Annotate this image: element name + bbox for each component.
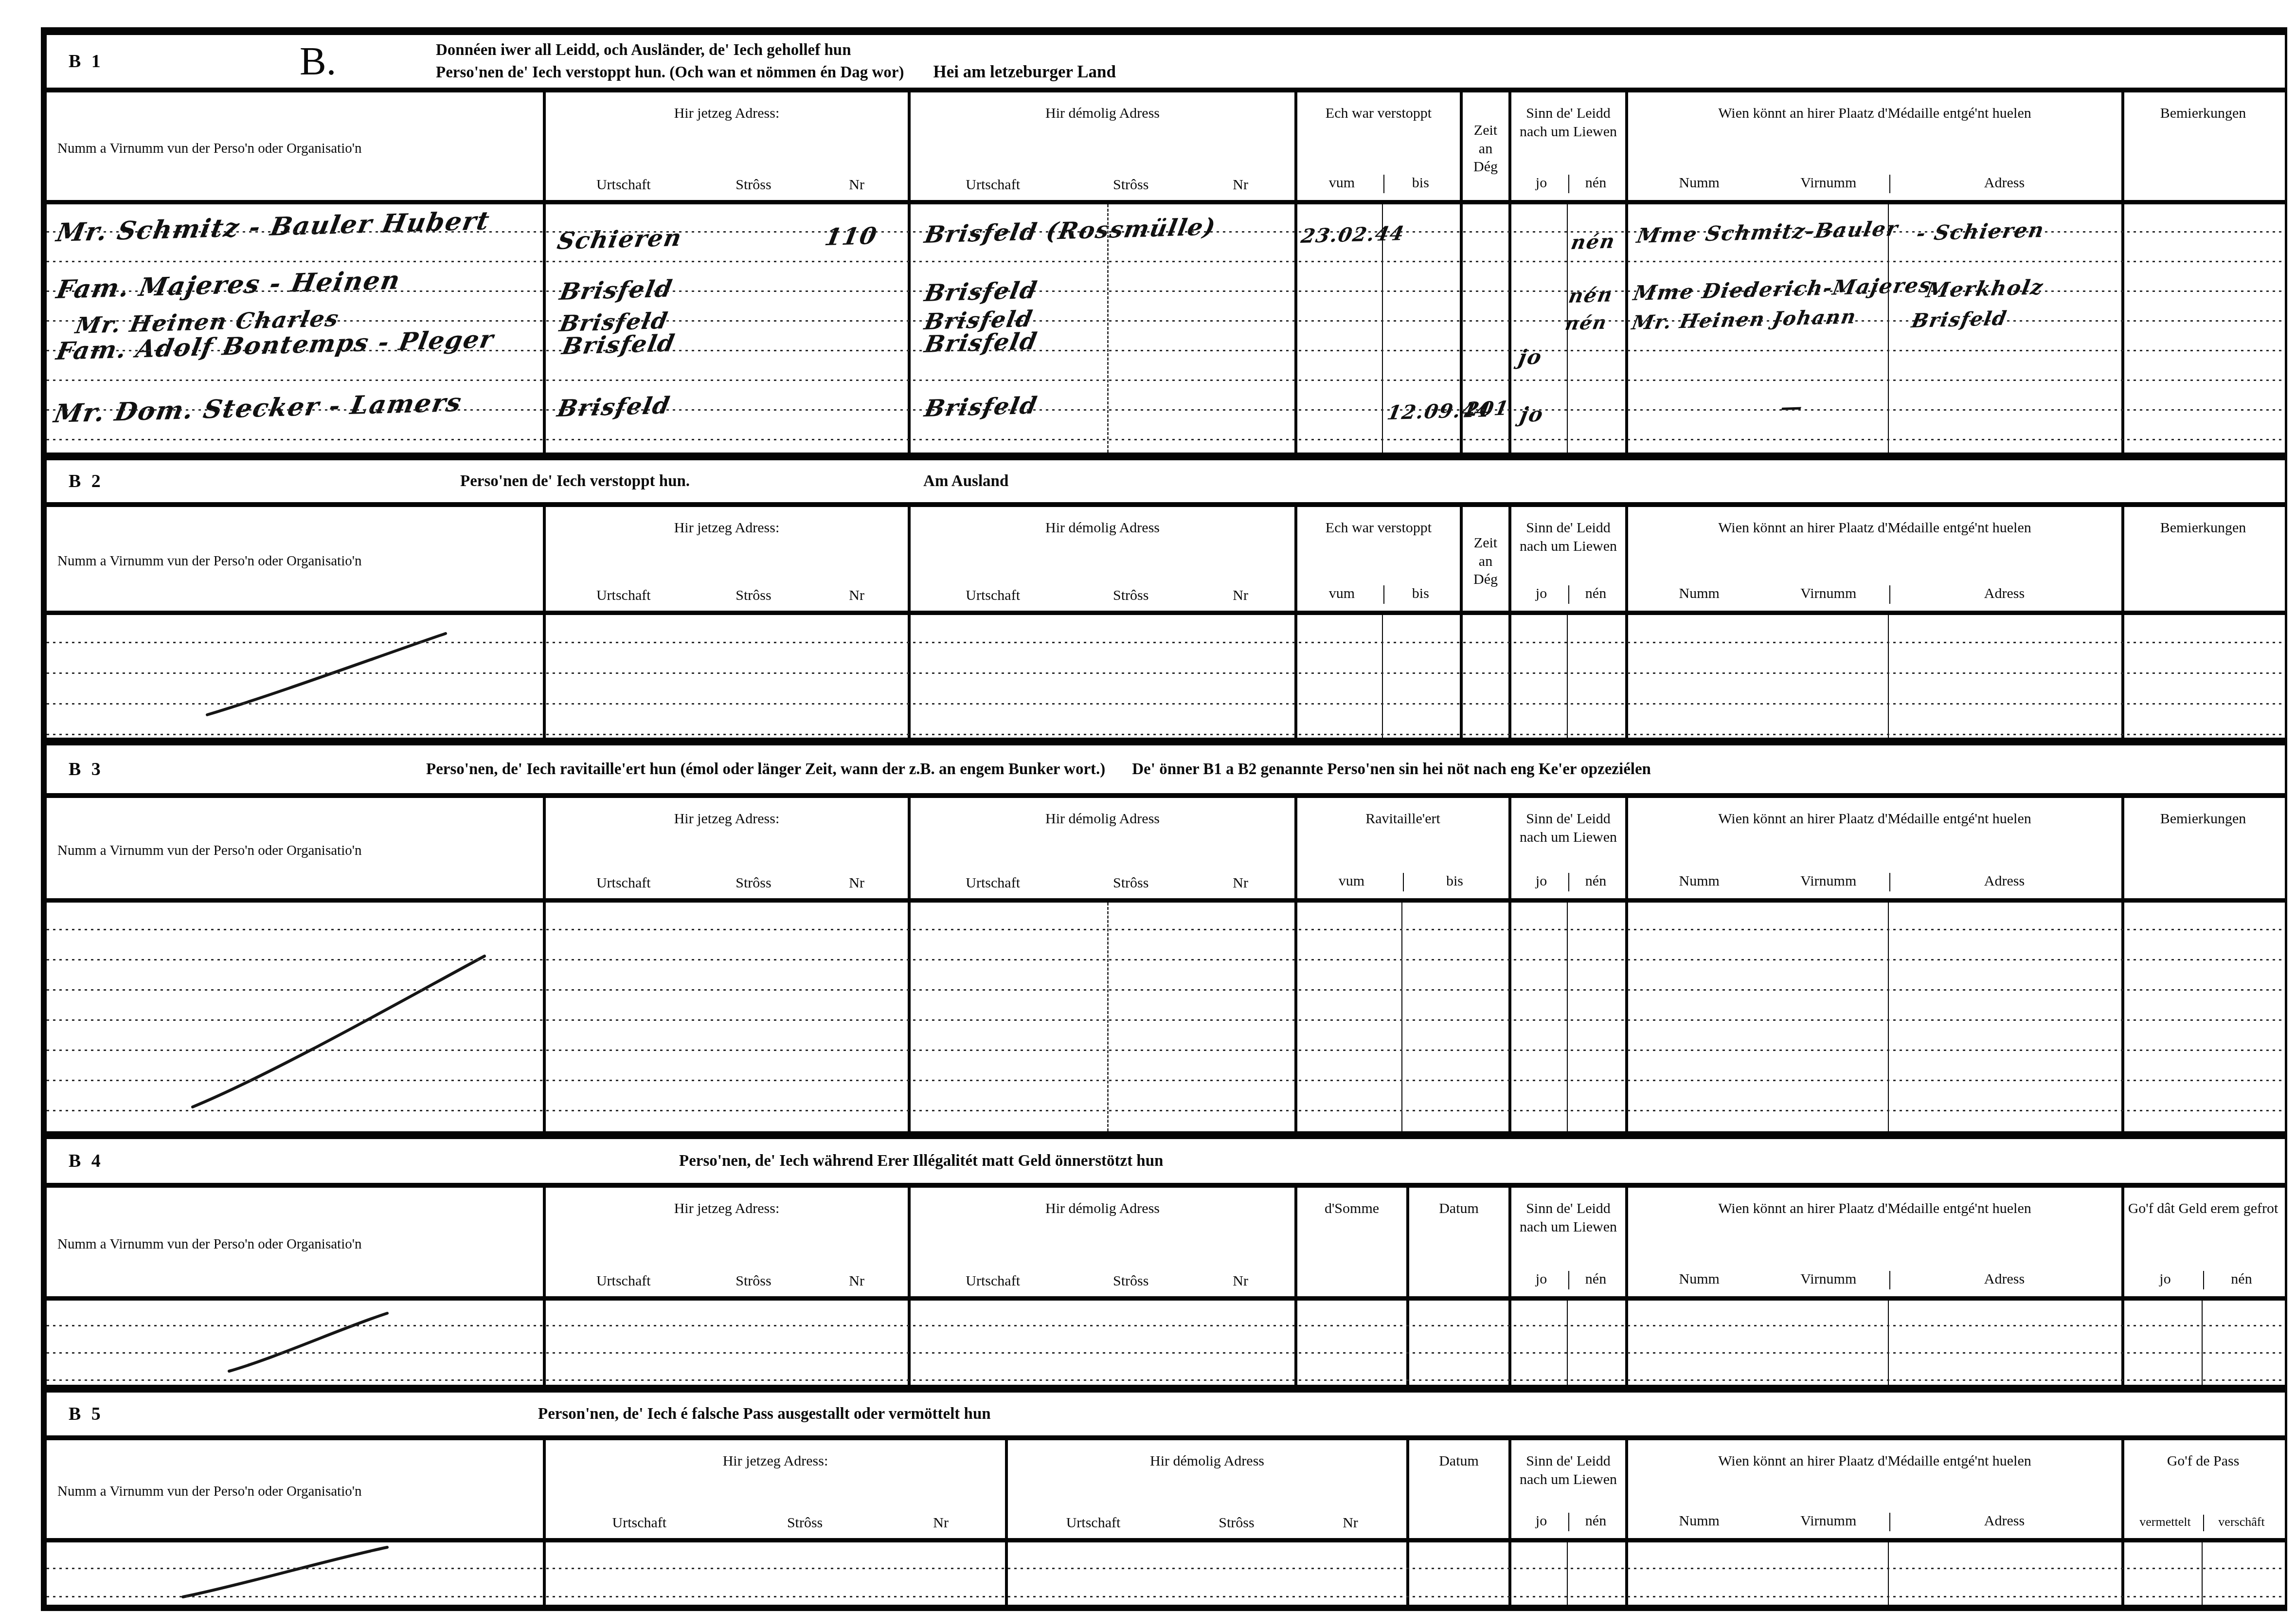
demolig-label: Hir démolig Adress <box>1011 1452 1403 1470</box>
column-rule <box>1294 615 1297 738</box>
demolig-label: Hir démolig Adress <box>914 1199 1291 1218</box>
column-rule <box>543 1301 546 1385</box>
column-rule <box>2121 903 2124 1131</box>
zeit-label: Zeit an Dég <box>1466 534 1506 589</box>
dotted-writing-line <box>47 1352 2285 1354</box>
vum-label: vum <box>1300 585 1383 604</box>
numm-label: Numm <box>1631 175 1768 193</box>
section-letter-b: B. <box>300 43 436 79</box>
section-b4-id: B 4 <box>47 1150 300 1172</box>
handwritten-entry: 23.02.44 <box>1299 222 1407 248</box>
strike-mark <box>47 615 2285 738</box>
name-col-label: Numm a Virnumm vun der Perso'n oder Orga… <box>57 1236 540 1252</box>
jo-label: jo <box>1514 1271 1568 1289</box>
nr-label: Nr <box>808 177 905 193</box>
section-b2-subtitle: Am Ausland <box>923 472 1008 490</box>
b3-column-headers: Numm a Virnumm vun der Perso'n oder Orga… <box>47 798 2285 903</box>
column-rule <box>1567 903 1568 1131</box>
jetzeg-label: Hir jetzeg Adress: <box>549 104 905 123</box>
column-rule <box>543 615 546 738</box>
verstoppt-label: Ech war verstoppt <box>1300 519 1457 537</box>
column-rule <box>2121 615 2124 738</box>
adress-label: Adress <box>1889 1271 2118 1289</box>
b3-col-bemierkungen-header: Bemierkungen <box>2121 798 2282 898</box>
bemierkungen-label: Bemierkungen <box>2127 519 2279 537</box>
jo-label: jo <box>1514 873 1568 891</box>
ravitailleert-label: Ravitaille'ert <box>1300 810 1506 828</box>
adress-label: Adress <box>1889 873 2118 891</box>
jo-label: jo <box>1514 175 1568 193</box>
column-rule <box>1625 615 1628 738</box>
urtschaft-label: Urtschaft <box>549 1515 730 1531</box>
handwritten-entry: jo <box>1517 345 1544 369</box>
b4-col-wien-header: Wien könnt an hirer Plaatz d'Médaille en… <box>1625 1188 2121 1296</box>
column-rule <box>908 615 911 738</box>
nr-label: Nr <box>808 875 905 891</box>
jo-label: jo <box>1514 585 1568 604</box>
form-sheet: B 1 B. Donnéen iwer all Leidd, och Auslä… <box>41 27 2287 1611</box>
urtschaft-label: Urtschaft <box>914 177 1072 193</box>
column-rule <box>1567 204 1568 453</box>
dotted-writing-line <box>47 989 2285 991</box>
b1-col-wien-header: Wien könnt an hirer Plaatz d'Médaille en… <box>1625 92 2121 200</box>
dsomme-label: d'Somme <box>1300 1199 1403 1218</box>
b4-col-datum-header: Datum <box>1406 1188 1508 1296</box>
b2-col-zeit-header: Zeit an Dég <box>1460 507 1508 611</box>
sinn-label: Sinn de' Leidd nach um Liewen <box>1514 1452 1622 1488</box>
wien-label: Wien könnt an hirer Plaatz d'Médaille en… <box>1631 1452 2118 1470</box>
jetzeg-label: Hir jetzeg Adress: <box>549 1452 1002 1470</box>
b4-body <box>47 1301 2285 1385</box>
column-rule <box>1401 903 1402 1131</box>
section-b3-id: B 3 <box>47 759 300 780</box>
b4-col-demolig-header: Hir démolig Adress UrtschaftStrôssNr <box>908 1188 1294 1296</box>
b5-col-datum-header: Datum <box>1406 1440 1508 1538</box>
b1-col-zeit-header: Zeit an Dég <box>1460 92 1508 200</box>
urtschaft-label: Urtschaft <box>549 587 698 604</box>
nr-label: Nr <box>1189 177 1291 193</box>
b2-col-jetzeg-header: Hir jetzeg Adress: UrtschaftStrôssNr <box>543 507 908 611</box>
dotted-writing-line <box>47 1019 2285 1021</box>
b2-col-demolig-header: Hir démolig Adress UrtschaftStrôssNr <box>908 507 1294 611</box>
demolig-label: Hir démolig Adress <box>914 104 1291 123</box>
column-rule <box>1625 1542 1628 1605</box>
b5-body <box>47 1542 2285 1611</box>
strike-mark <box>47 903 2285 1131</box>
section-b2-id: B 2 <box>47 471 300 492</box>
b2-col-sinn-header: Sinn de' Leidd nach um Liewen jonén <box>1508 507 1625 611</box>
column-rule <box>1625 204 1628 453</box>
handwritten-entry: Fam. Majeres - Heinen <box>54 265 403 305</box>
column-rule <box>1888 204 1889 453</box>
adress-label: Adress <box>1889 175 2118 193</box>
nen-label: nén <box>1568 1513 1622 1531</box>
b4-col-jetzeg-header: Hir jetzeg Adress: UrtschaftStrôssNr <box>543 1188 908 1296</box>
b3-col-sinn-header: Sinn de' Leidd nach um Liewen jonén <box>1508 798 1625 898</box>
column-rule <box>1567 615 1568 738</box>
b5-col-sinn-header: Sinn de' Leidd nach um Liewen jonén <box>1508 1440 1625 1538</box>
numm-label: Numm <box>1631 1271 1768 1289</box>
wien-label: Wien könnt an hirer Plaatz d'Médaille en… <box>1631 104 2118 123</box>
column-rule <box>1567 1542 1568 1605</box>
b1-col-demolig-header: Hir démolig Adress UrtschaftStrôssNr <box>908 92 1294 200</box>
nr-label: Nr <box>1189 587 1291 604</box>
zeit-label: Zeit an Dég <box>1466 121 1506 176</box>
jetzeg-label: Hir jetzeg Adress: <box>549 810 905 828</box>
b2-col-verstoppt-header: Ech war verstoppt vumbis <box>1294 507 1460 611</box>
dotted-writing-line <box>47 734 2285 735</box>
vum-label: vum <box>1300 873 1403 891</box>
column-rule <box>1382 204 1383 453</box>
handwritten-entry: 110 <box>823 222 879 251</box>
stross-label: Strôss <box>1072 875 1189 891</box>
column-rule <box>1508 615 1511 738</box>
bis-label: bis <box>1403 873 1506 891</box>
strike-mark <box>47 1542 2285 1605</box>
section-b1-title-bold: Hei am letzeburger Land <box>933 62 1116 82</box>
section-b1-id: B 1 <box>47 51 300 72</box>
nen-label: nén <box>2203 1271 2279 1289</box>
nen-label: nén <box>1568 1271 1622 1289</box>
column-rule <box>1294 903 1297 1131</box>
column-rule <box>2202 1301 2203 1385</box>
handwritten-entry: Mr. Schmitz - Bauler Hubert <box>54 206 492 248</box>
numm-label: Numm <box>1631 873 1768 891</box>
dotted-writing-line <box>47 1379 2285 1381</box>
handwritten-entry: jo <box>1518 402 1546 427</box>
dotted-writing-line <box>47 320 2285 322</box>
virnumm-label: Virnumm <box>1768 873 1890 891</box>
vermettelt-label: vermettelt <box>2127 1515 2203 1531</box>
urtschaft-label: Urtschaft <box>914 1273 1072 1289</box>
dotted-writing-line <box>47 1110 2285 1111</box>
urtschaft-label: Urtschaft <box>549 1273 698 1289</box>
b3-col-name-header: Numm a Virnumm vun der Perso'n oder Orga… <box>47 798 543 898</box>
section-b1-title-line1: Donnéen iwer all Leidd, och Ausländer, d… <box>436 41 1116 59</box>
jo-label: jo <box>2127 1271 2203 1289</box>
b1-body: Mr. Schmitz - Bauler Hubert Schieren 110… <box>47 204 2285 453</box>
dotted-writing-line <box>47 380 2285 381</box>
section-b4-title: Perso'nen, de' Iech während Erer Illégal… <box>679 1152 1163 1170</box>
handwritten-entry: Brisfeld <box>922 328 1040 358</box>
column-rule <box>543 1542 546 1605</box>
b5-col-name-header: Numm a Virnumm vun der Perso'n oder Orga… <box>47 1440 543 1538</box>
b2-col-bemierkungen-header: Bemierkungen <box>2121 507 2282 611</box>
section-b2-title: Perso'nen de' Iech verstoppt hun. <box>460 472 690 490</box>
b4-col-name-header: Numm a Virnumm vun der Perso'n oder Orga… <box>47 1188 543 1296</box>
wien-label: Wien könnt an hirer Plaatz d'Médaille en… <box>1631 1199 2118 1218</box>
b3-col-ravitailleert-header: Ravitaille'ert vumbis <box>1294 798 1508 898</box>
name-col-label: Numm a Virnumm vun der Perso'n oder Orga… <box>57 141 540 157</box>
jo-label: jo <box>1514 1513 1568 1531</box>
section-b3-subtitle: De' önner B1 a B2 genannte Perso'nen sin… <box>1132 761 1651 779</box>
b1-col-sinn-header: Sinn de' Leidd nach um Liewen jonén <box>1508 92 1625 200</box>
column-rule <box>1107 204 1109 453</box>
nr-label: Nr <box>1297 1515 1403 1531</box>
stross-label: Strôss <box>730 1515 880 1531</box>
dotted-writing-line <box>47 929 2285 930</box>
column-rule <box>1294 1301 1297 1385</box>
b4-col-gof-geld-header: Go'f dât Geld erem gefrot jonén <box>2121 1188 2282 1296</box>
column-rule <box>1888 903 1889 1131</box>
numm-label: Numm <box>1631 1513 1768 1531</box>
sinn-label: Sinn de' Leidd nach um Liewen <box>1514 519 1622 555</box>
column-rule <box>543 903 546 1131</box>
handwritten-entry: nén <box>1569 230 1617 254</box>
b1-col-name-header: Numm a Virnumm vun der Perso'n oder Orga… <box>47 92 543 200</box>
nen-label: nén <box>1568 585 1622 604</box>
column-rule <box>1625 903 1628 1131</box>
stross-label: Strôss <box>698 177 808 193</box>
section-b3-title: Perso'nen, de' Iech ravitaille'ert hun (… <box>426 761 1105 779</box>
b3-col-wien-header: Wien könnt an hirer Plaatz d'Médaille en… <box>1625 798 2121 898</box>
dotted-writing-line <box>47 350 2285 351</box>
virnumm-label: Virnumm <box>1768 1271 1890 1289</box>
bemierkungen-label: Bemierkungen <box>2127 810 2279 828</box>
column-rule <box>2121 204 2124 453</box>
virnumm-label: Virnumm <box>1768 1513 1890 1531</box>
column-rule <box>2202 1542 2203 1605</box>
column-rule <box>543 204 546 453</box>
column-rule <box>1508 1542 1511 1605</box>
demolig-label: Hir démolig Adress <box>914 519 1291 537</box>
b5-col-jetzeg-header: Hir jetzeg Adress: UrtschaftStrôssNr <box>543 1440 1005 1538</box>
datum-label: Datum <box>1412 1199 1506 1218</box>
nr-label: Nr <box>1189 1273 1291 1289</box>
column-rule <box>1888 1542 1889 1605</box>
handwritten-entry: Brisfeld <box>1910 307 2009 332</box>
handwritten-entry: Brisfeld <box>922 392 1040 422</box>
b5-column-headers: Numm a Virnumm vun der Perso'n oder Orga… <box>47 1440 2285 1542</box>
dotted-writing-line <box>47 261 2285 262</box>
wien-label: Wien könnt an hirer Plaatz d'Médaille en… <box>1631 519 2118 537</box>
gof-geld-label: Go'f dât Geld erem gefrot <box>2127 1199 2279 1218</box>
section-b5-id: B 5 <box>47 1403 300 1425</box>
adress-label: Adress <box>1889 1513 2118 1531</box>
b2-column-headers: Numm a Virnumm vun der Perso'n oder Orga… <box>47 507 2285 615</box>
handwritten-entry: Brisfeld <box>560 330 678 360</box>
column-rule <box>1005 1542 1008 1605</box>
column-rule <box>1888 1301 1889 1385</box>
b2-body <box>47 615 2285 738</box>
handwritten-entry: nén <box>1567 284 1615 308</box>
column-rule <box>1294 204 1297 453</box>
stross-label: Strôss <box>1072 1273 1189 1289</box>
column-rule <box>2121 1542 2124 1605</box>
section-b1-title-line2: Perso'nen de' Iech verstoppt hun. (Och w… <box>436 64 904 82</box>
b5-col-demolig-header: Hir démolig Adress UrtschaftStrôssNr <box>1005 1440 1406 1538</box>
sinn-label: Sinn de' Leidd nach um Liewen <box>1514 810 1622 846</box>
column-rule <box>1406 1542 1409 1605</box>
name-col-label: Numm a Virnumm vun der Perso'n oder Orga… <box>57 843 540 859</box>
name-col-label: Numm a Virnumm vun der Perso'n oder Orga… <box>57 1484 540 1500</box>
b1-col-bemierkungen-header: Bemierkungen <box>2121 92 2282 200</box>
dotted-writing-line <box>47 1596 2285 1597</box>
nr-label: Nr <box>1189 875 1291 891</box>
stross-label: Strôss <box>1072 587 1189 604</box>
b4-col-sinn-header: Sinn de' Leidd nach um Liewen jonén <box>1508 1188 1625 1296</box>
b4-column-headers: Numm a Virnumm vun der Perso'n oder Orga… <box>47 1188 2285 1301</box>
section-b5-band: B 5 Person'nen, de' Iech é falsche Pass … <box>47 1385 2285 1440</box>
b5-col-gof-pass-header: Go'f de Pass vermetteltverschâft <box>2121 1440 2282 1538</box>
column-rule <box>1107 903 1109 1131</box>
handwritten-entry: Brisfeld <box>555 392 673 422</box>
dotted-writing-line <box>47 439 2285 440</box>
b3-col-demolig-header: Hir démolig Adress UrtschaftStrôssNr <box>908 798 1294 898</box>
handwritten-entry: Mr. Dom. Stecker - Lamers <box>52 388 465 429</box>
virnumm-label: Virnumm <box>1768 585 1890 604</box>
stross-label: Strôss <box>698 1273 808 1289</box>
handwritten-entry: — <box>1778 395 1806 420</box>
numm-label: Numm <box>1631 585 1768 604</box>
column-rule <box>1888 615 1889 738</box>
nen-label: nén <box>1568 175 1622 193</box>
section-b1-title-line2-wrap: Perso'nen de' Iech verstoppt hun. (Och w… <box>436 62 1116 82</box>
nen-label: nén <box>1568 873 1622 891</box>
section-b4-band: B 4 Perso'nen, de' Iech während Erer Ill… <box>47 1131 2285 1188</box>
section-b5-title: Person'nen, de' Iech é falsche Pass ausg… <box>538 1405 991 1423</box>
dotted-writing-line <box>47 1325 2285 1326</box>
sinn-label: Sinn de' Leidd nach um Liewen <box>1514 104 1622 141</box>
dotted-writing-line <box>47 409 2285 411</box>
b2-col-wien-header: Wien könnt an hirer Plaatz d'Médaille en… <box>1625 507 2121 611</box>
stross-label: Strôss <box>698 875 808 891</box>
handwritten-entry: Merkholz <box>1924 275 2045 302</box>
column-rule <box>1406 1301 1409 1385</box>
dotted-writing-line <box>47 642 2285 643</box>
b2-col-name-header: Numm a Virnumm vun der Perso'n oder Orga… <box>47 507 543 611</box>
dotted-writing-line <box>47 672 2285 674</box>
adress-label: Adress <box>1889 585 2118 604</box>
jetzeg-label: Hir jetzeg Adress: <box>549 519 905 537</box>
section-b3-band: B 3 Perso'nen, de' Iech ravitaille'ert h… <box>47 738 2285 798</box>
bis-label: bis <box>1383 175 1457 193</box>
dotted-writing-line <box>47 959 2285 960</box>
column-rule <box>1460 615 1463 738</box>
column-rule <box>908 1301 911 1385</box>
urtschaft-label: Urtschaft <box>914 587 1072 604</box>
sinn-label: Sinn de' Leidd nach um Liewen <box>1514 1199 1622 1236</box>
verschaft-label: verschâft <box>2203 1515 2279 1531</box>
verstoppt-label: Ech war verstoppt <box>1300 104 1457 123</box>
column-rule <box>2121 1301 2124 1385</box>
gof-pass-label: Go'f de Pass <box>2127 1452 2279 1470</box>
column-rule <box>908 903 911 1131</box>
b5-col-wien-header: Wien könnt an hirer Plaatz d'Médaille en… <box>1625 1440 2121 1538</box>
b1-col-verstoppt-header: Ech war verstoppt vumbis <box>1294 92 1460 200</box>
b1-column-headers: Numm a Virnumm vun der Perso'n oder Orga… <box>47 92 2285 204</box>
dotted-writing-line <box>47 1080 2285 1081</box>
b3-body <box>47 903 2285 1131</box>
column-rule <box>1382 615 1383 738</box>
datum-label: Datum <box>1412 1452 1506 1470</box>
wien-label: Wien könnt an hirer Plaatz d'Médaille en… <box>1631 810 2118 828</box>
urtschaft-label: Urtschaft <box>914 875 1072 891</box>
vum-label: vum <box>1300 175 1383 193</box>
column-rule <box>1508 1301 1511 1385</box>
handwritten-entry: Schieren <box>555 224 684 255</box>
urtschaft-label: Urtschaft <box>1011 1515 1176 1531</box>
stross-label: Strôss <box>1176 1515 1297 1531</box>
column-rule <box>1508 903 1511 1131</box>
column-rule <box>908 204 911 453</box>
section-b1-band: B 1 B. Donnéen iwer all Leidd, och Auslä… <box>47 27 2285 92</box>
section-b1-titles: Donnéen iwer all Leidd, och Ausländer, d… <box>436 41 1116 82</box>
column-rule <box>1460 204 1463 453</box>
stross-label: Strôss <box>1072 177 1189 193</box>
dotted-writing-line <box>47 703 2285 705</box>
b4-col-somme-header: d'Somme <box>1294 1188 1406 1296</box>
virnumm-label: Virnumm <box>1768 175 1890 193</box>
nr-label: Nr <box>879 1515 1002 1531</box>
nr-label: Nr <box>808 1273 905 1289</box>
jetzeg-label: Hir jetzeg Adress: <box>549 1199 905 1218</box>
b3-col-jetzeg-header: Hir jetzeg Adress: UrtschaftStrôssNr <box>543 798 908 898</box>
handwritten-entry: nén <box>1563 311 1609 334</box>
column-rule <box>1567 1301 1568 1385</box>
urtschaft-label: Urtschaft <box>549 177 698 193</box>
column-rule <box>1508 204 1511 453</box>
column-rule <box>1625 1301 1628 1385</box>
demolig-label: Hir démolig Adress <box>914 810 1291 828</box>
section-b2-band: B 2 Perso'nen de' Iech verstoppt hun. Am… <box>47 453 2285 507</box>
dotted-writing-line <box>47 1568 2285 1569</box>
b1-col-jetzeg-header: Hir jetzeg Adress: UrtschaftStrôssNr <box>543 92 908 200</box>
name-col-label: Numm a Virnumm vun der Perso'n oder Orga… <box>57 553 540 569</box>
strike-mark <box>47 1301 2285 1385</box>
urtschaft-label: Urtschaft <box>549 875 698 891</box>
stross-label: Strôss <box>698 587 808 604</box>
dotted-writing-line <box>47 231 2285 233</box>
bis-label: bis <box>1383 585 1457 604</box>
dotted-writing-line <box>47 1050 2285 1051</box>
dotted-writing-line <box>47 290 2285 292</box>
bemierkungen-label: Bemierkungen <box>2127 104 2279 123</box>
nr-label: Nr <box>808 587 905 604</box>
